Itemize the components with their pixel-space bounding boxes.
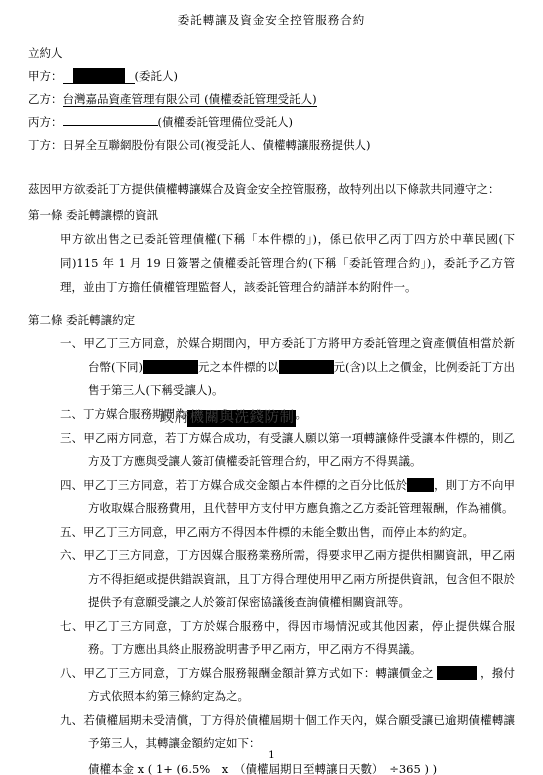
- party-c-prefix: 丙方：: [28, 115, 63, 129]
- party-a-fill: [63, 69, 135, 84]
- item-8-text-1: 甲乙丁三方同意，丁方媒合服務報酬金額計算方式如下：轉讓價金之: [83, 666, 434, 680]
- article-2-item-7: 七、甲乙丁三方同意，丁方於媒合服務中，得因市場情況或其他因素，停止提供媒合服務。…: [28, 615, 515, 662]
- article-2-item-8: 八、甲乙丁三方同意，丁方媒合服務報酬金額計算方式如下：轉讓價金之，撥付方式依照本…: [28, 662, 515, 709]
- party-d-line: 丁方：日昇全互聯網股份有限公司(複受託人、債權轉讓服務提供人): [28, 134, 515, 157]
- item-4-text-1: 甲乙丁三方同意，若丁方媒合成交金額占本件標的之百分比低於: [83, 478, 407, 492]
- item-2-marker: 二、: [60, 407, 83, 421]
- item-3-marker: 三、: [60, 431, 83, 445]
- article-2-item-4: 四、甲乙丁三方同意，若丁方媒合成交金額占本件標的之百分比低於，則丁方不向甲方收取…: [28, 474, 515, 521]
- article-2-item-6: 六、甲乙丁三方同意，丁方因媒合服務業務所需，得要求甲乙兩方提供相關資訊，甲乙兩方…: [28, 544, 515, 615]
- party-d-name: 日昇全互聯網股份有限公司(複受託人、債權轉讓服務提供人): [63, 138, 371, 152]
- article-2-item-5: 五、甲乙丁三方同意，甲乙兩方不得因本件標的未能全數出售，而停止本約約定。: [28, 521, 515, 545]
- item-1-text-2: 元之本件標的以: [198, 360, 279, 374]
- item-7-marker: 七、: [60, 619, 84, 633]
- parties-label: 立約人: [28, 42, 515, 65]
- party-d-prefix: 丁方：: [28, 138, 63, 152]
- article-1-heading: 第一條 委託轉讓標的資訊: [28, 203, 515, 227]
- contract-page: 委託轉讓及資金安全控管服務合約 立約人 甲方：(委託人) 乙方：台灣嘉品資產管理…: [0, 0, 543, 775]
- item-6-marker: 六、: [60, 548, 83, 562]
- item-9-marker: 九、: [60, 713, 83, 727]
- party-b-prefix: 乙方：: [28, 92, 63, 106]
- article-1-body: 甲方欲出售之已委託管理債權(下稱「本件標的」)，係已依甲乙丙丁四方於中華民國(下…: [60, 227, 515, 299]
- item-9-text: 若債權屆期未受清償，丁方得於債權屆期十個工作天內，媒合願受讓已逾期債權轉讓予第三…: [83, 713, 515, 751]
- underline-pad: [63, 68, 73, 80]
- article-2-item-1: 一、甲乙丁三方同意，於媒合期間內，甲方委託丁方將甲方委託管理之資產價值相當於新台…: [28, 332, 515, 403]
- item-5-marker: 五、: [60, 525, 83, 539]
- party-b-name: 台灣嘉品資產管理有限公司 (債權委託管理受託人): [63, 92, 317, 107]
- item-7-text: 甲乙丁三方同意，丁方於媒合服務中，得因市場情況或其他因素，停止提供媒合服務。丁方…: [84, 619, 515, 657]
- party-c-blank-underline: [63, 113, 158, 126]
- article-2-heading: 第二條 委託轉讓約定: [28, 308, 515, 332]
- article-2-item-2: 二、丁方媒合服務期間為政府機關與洗錢防制。: [28, 403, 515, 427]
- article-2-item-3: 三、甲乙兩方同意，若丁方媒合成功，有受讓人願以第一項轉讓條件受讓本件標的，則乙方…: [28, 427, 515, 474]
- item-1-marker: 一、: [60, 336, 83, 350]
- article-2: 第二條 委託轉讓約定 一、甲乙丁三方同意，於媒合期間內，甲方委託丁方將甲方委託管…: [28, 308, 515, 775]
- redaction-box-party-a: [73, 68, 125, 83]
- party-a-prefix: 甲方：: [28, 69, 63, 83]
- item-6-text: 甲乙丁三方同意，丁方因媒合服務業務所需，得要求甲乙兩方提供相關資訊，甲乙兩方不得…: [83, 548, 515, 609]
- item-2-text-2: 。: [296, 407, 308, 421]
- underline-pad: [125, 68, 135, 80]
- item-8-marker: 八、: [60, 666, 83, 680]
- party-a-role: (委託人): [135, 69, 178, 83]
- party-a-line: 甲方：(委託人): [28, 65, 515, 88]
- redaction-box-amount-1: [143, 360, 198, 374]
- redaction-box-amount-2: [279, 360, 334, 374]
- preamble-paragraph: 茲因甲方欲委託丁方提供債權轉讓媒合及資金安全控管服務，故特列出以下條款共同遵守之…: [28, 177, 515, 201]
- item-3-text: 甲乙兩方同意，若丁方媒合成功，有受讓人願以第一項轉讓條件受讓本件標的，則乙方及丁…: [83, 431, 515, 469]
- page-number: 1: [0, 749, 543, 761]
- item-5-text: 甲乙丁三方同意，甲乙兩方不得因本件標的未能全數出售，而停止本約約定。: [83, 525, 474, 539]
- redaction-box-percentage: [407, 478, 434, 492]
- document-title: 委託轉讓及資金安全控管服務合約: [28, 12, 515, 28]
- redaction-highlight-ghost-text: 政府機關與洗錢防制: [187, 410, 296, 427]
- item-4-marker: 四、: [60, 478, 83, 492]
- party-c-role: (債權委託管理備位受託人): [158, 115, 293, 129]
- party-b-line: 乙方：台灣嘉品資產管理有限公司 (債權委託管理受託人): [28, 88, 515, 111]
- redaction-box-fee: [437, 666, 477, 680]
- party-c-line: 丙方：(債權委託管理備位受託人): [28, 111, 515, 134]
